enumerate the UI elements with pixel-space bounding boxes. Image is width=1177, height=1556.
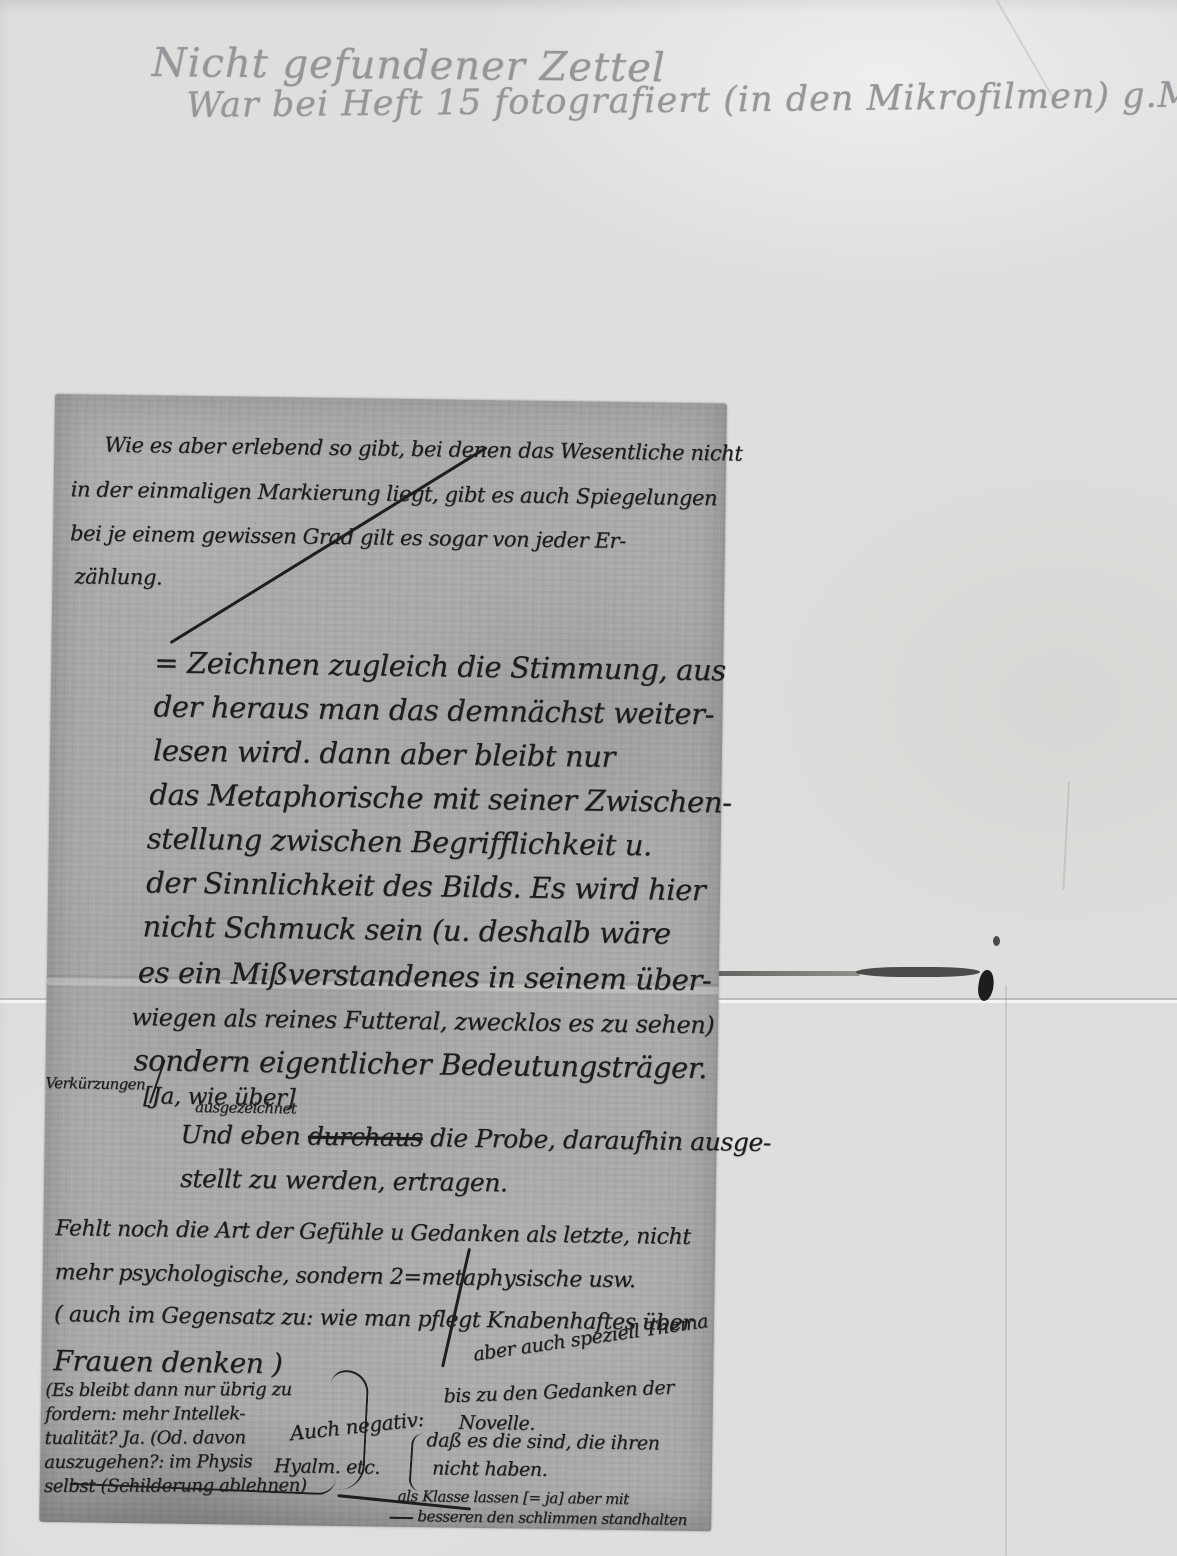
handwritten-line: stellt zu werden, ertragen. bbox=[180, 1164, 508, 1198]
handwritten-line: Wie es aber erlebend so gibt, bei denen … bbox=[104, 433, 742, 466]
handwritten-line: sondern eigentlicher Bedeutungsträger. bbox=[133, 1043, 707, 1085]
underline-dash bbox=[389, 1517, 413, 1519]
fold-smear-dot bbox=[993, 936, 1000, 946]
probe-pre: Und eben bbox=[180, 1120, 308, 1151]
handwritten-line: der Sinnlichkeit des Bilds. Es wird hier bbox=[146, 865, 706, 907]
handwritten-line: lesen wird. dann aber bleibt nur bbox=[153, 733, 615, 773]
handwritten-line: besseren den schlimmen standhalten bbox=[417, 1507, 687, 1529]
divider-curly-stroke bbox=[408, 1433, 428, 1492]
handwritten-line: stellung zwischen Begrifflichkeit u. bbox=[147, 821, 653, 862]
probe-struck-word: durchaus bbox=[308, 1122, 423, 1153]
handwritten-line: Frauen denken ) bbox=[53, 1344, 282, 1380]
fold-smear-dark bbox=[856, 967, 980, 977]
handwritten-line: es ein Mißverstandenes in seinem über- bbox=[138, 955, 712, 997]
handwritten-line: der heraus man das demnächst weiter- bbox=[153, 689, 714, 731]
handwritten-line: bei je einem gewissen Grad gilt es sogar… bbox=[70, 521, 626, 553]
handwritten-line: Und eben durchaus die Probe, daraufhin a… bbox=[180, 1120, 771, 1157]
handwritten-line: (Es bleibt dann nur übrig zu bbox=[45, 1379, 292, 1401]
handwritten-line: mehr psychologische, sondern 2=metaphysi… bbox=[55, 1260, 636, 1293]
interlinear-insertion: ausgezeichnet bbox=[195, 1098, 296, 1117]
handwritten-line: tualität? Ja. (Od. davon bbox=[45, 1427, 246, 1449]
handwritten-line: daß es die sind, die ihren bbox=[426, 1429, 659, 1454]
handwritten-line: = Zeichnen zugleich die Stimmung, aus bbox=[154, 645, 726, 687]
fold-line-vertical bbox=[1005, 985, 1007, 1556]
margin-note: Verkürzungen bbox=[45, 1074, 145, 1093]
crease-right-small bbox=[1062, 782, 1070, 890]
probe-post: die Probe, daraufhin ausge- bbox=[422, 1123, 771, 1157]
fold-smear-light bbox=[702, 971, 860, 976]
handwritten-line: Fehlt noch die Art der Gefühle u Gedanke… bbox=[55, 1216, 691, 1250]
photocopy-note: Wie es aber erlebend so gibt, bei denen … bbox=[39, 394, 727, 1531]
handwritten-line: das Metaphorische mit seiner Zwischen- bbox=[149, 777, 732, 819]
handwritten-line: fordern: mehr Intellek- bbox=[45, 1403, 245, 1425]
handwritten-line: nicht haben. bbox=[432, 1457, 548, 1481]
scanned-page: Nicht gefundener Zettel War bei Heft 15 … bbox=[0, 0, 1177, 1556]
handwritten-line: Hyalm. etc. bbox=[274, 1455, 380, 1478]
handwritten-line: nicht Schmuck sein (u. deshalb wäre bbox=[142, 909, 671, 950]
handwritten-line: zählung. bbox=[74, 564, 162, 589]
handwritten-line: als Klasse lassen [= ja] aber mit bbox=[398, 1487, 629, 1508]
handwritten-line: wiegen als reines Futteral, zwecklos es … bbox=[131, 1003, 714, 1039]
handwritten-line: bis zu den Gedanken der bbox=[443, 1377, 674, 1408]
